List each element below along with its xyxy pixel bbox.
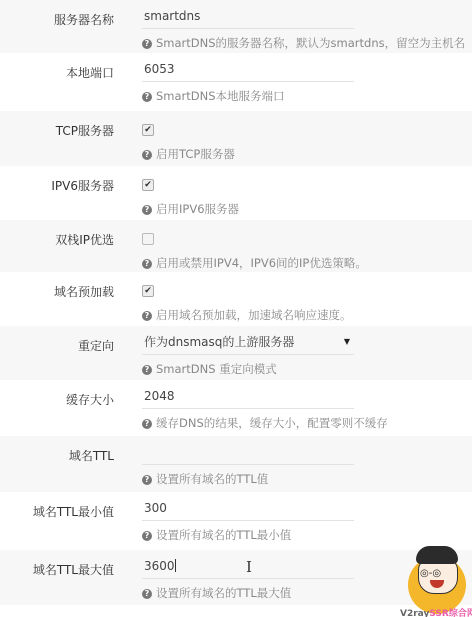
help-text: 启用或禁用IPV4，IPV6间的IP优选策略。 [156,256,367,270]
label-domain-ttl-min: 域名TTL最小值 [33,503,114,520]
help-tcp-server: ?启用TCP服务器 [142,146,235,162]
prefetch-domain-checkbox[interactable]: ✔ [142,285,154,297]
help-domain-ttl: ?设置所有域名的TTL值 [142,471,268,487]
help-icon: ? [142,311,152,321]
setting-row-dualstack-ip: 双栈IP优选 ?启用或禁用IPV4，IPV6间的IP优选策略。 [0,220,472,272]
help-text: 设置所有域名的TTL最大值 [156,586,291,600]
help-text: 设置所有域名的TTL最小值 [156,528,291,542]
domain-ttl-min-input[interactable]: 300 [142,498,354,521]
setting-row-local-port: 本地端口 6053 ?SmartDNS本地服务端口 [0,53,472,111]
domain-ttl-min-value: 300 [142,501,167,515]
setting-row-domain-ttl: 域名TTL ?设置所有域名的TTL值 [0,436,472,492]
setting-row-cache-size: 缓存大小 2048 ?缓存DNS的结果，缓存大小，配置零则不缓存 [0,380,472,436]
help-icon: ? [142,589,152,599]
help-text: SmartDNS的服务器名称，默认为smartdns，留空为主机名 [156,36,465,50]
label-tcp-server: TCP服务器 [56,122,114,139]
help-text: SmartDNS 重定向模式 [156,362,277,376]
domain-ttl-input[interactable] [142,442,354,465]
help-icon: ? [142,365,152,375]
help-text: 启用IPV6服务器 [156,202,239,216]
dualstack-ip-checkbox[interactable] [142,233,154,245]
cache-size-input[interactable]: 2048 [142,386,354,409]
help-text: 缓存DNS的结果，缓存大小，配置零则不缓存 [156,416,388,430]
tcp-server-checkbox[interactable]: ✔ [142,124,154,136]
ipv6-server-checkbox[interactable]: ✔ [142,179,154,191]
help-domain-ttl-min: ?设置所有域名的TTL最小值 [142,527,291,543]
label-dualstack-ip: 双栈IP优选 [55,231,114,248]
domain-ttl-value [142,445,144,459]
help-redirect: ?SmartDNS 重定向模式 [142,361,277,377]
help-ipv6-server: ?启用IPV6服务器 [142,201,239,217]
setting-row-server-name: 服务器名称 smartdns ?SmartDNS的服务器名称，默认为smartd… [0,0,472,53]
mascot-glasses-icon: ◎-◎ [420,568,441,579]
help-icon: ? [142,531,152,541]
help-icon: ? [142,205,152,215]
watermark-text: V2raySSR综合网 [400,606,472,617]
mascot-logo: ◎-◎ [400,540,468,612]
label-local-port: 本地端口 [66,64,114,81]
local-port-input[interactable]: 6053 [142,59,354,82]
setting-row-ipv6-server: IPV6服务器 ✔ ?启用IPV6服务器 [0,166,472,220]
setting-row-prefetch-domain: 域名预加载 ✔ ?启用域名预加载，加速域名响应速度。 [0,272,472,326]
label-prefetch-domain: 域名预加载 [54,283,114,300]
help-icon: ? [142,259,152,269]
label-server-name: 服务器名称 [54,11,114,28]
label-cache-size: 缓存大小 [66,391,114,408]
mascot-hair [416,546,458,564]
help-dualstack-ip: ?启用或禁用IPV4，IPV6间的IP优选策略。 [142,255,367,271]
help-text: 启用域名预加载，加速域名响应速度。 [156,308,352,322]
server-name-input[interactable]: smartdns [142,6,354,29]
label-domain-ttl: 域名TTL [69,447,114,464]
help-server-name: ?SmartDNS的服务器名称，默认为smartdns，留空为主机名 [142,35,465,51]
watermark-part1: V2ray [400,609,429,617]
help-text: 启用TCP服务器 [156,147,235,161]
help-text: SmartDNS本地服务端口 [156,89,285,103]
ibeam-cursor-icon: I [246,558,252,576]
server-name-value: smartdns [142,9,200,23]
local-port-value: 6053 [142,62,175,76]
cache-size-value: 2048 [142,389,175,403]
label-domain-ttl-max: 域名TTL最大值 [33,561,114,578]
help-local-port: ?SmartDNS本地服务端口 [142,88,285,104]
label-redirect: 重定向 [78,337,114,354]
help-icon: ? [142,150,152,160]
help-icon: ? [142,419,152,429]
help-domain-ttl-max: ?设置所有域名的TTL最大值 [142,585,291,601]
help-prefetch-domain: ?启用域名预加载，加速域名响应速度。 [142,307,352,323]
watermark-part2: SSR综合网 [429,609,472,617]
chevron-down-icon: ▼ [344,332,350,352]
help-icon: ? [142,39,152,49]
help-icon: ? [142,92,152,102]
setting-row-redirect: 重定向 作为dnsmasq的上游服务器 ▼ ?SmartDNS 重定向模式 [0,326,472,380]
label-ipv6-server: IPV6服务器 [51,177,114,194]
help-text: 设置所有域名的TTL值 [156,472,268,486]
redirect-selected-value: 作为dnsmasq的上游服务器 [142,335,294,349]
help-cache-size: ?缓存DNS的结果，缓存大小，配置零则不缓存 [142,415,388,431]
redirect-select[interactable]: 作为dnsmasq的上游服务器 ▼ [142,332,354,355]
text-caret [175,559,176,572]
domain-ttl-max-value: 3600 [142,559,175,573]
help-icon: ? [142,475,152,485]
setting-row-tcp-server: TCP服务器 ✔ ?启用TCP服务器 [0,111,472,166]
